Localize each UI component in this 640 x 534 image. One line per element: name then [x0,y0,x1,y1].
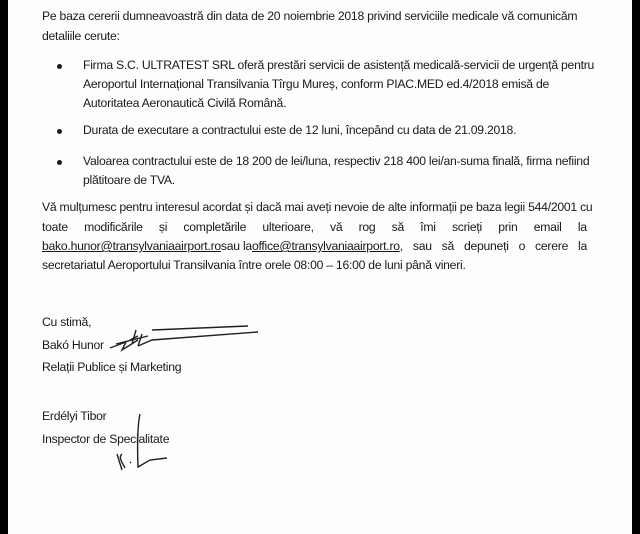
word: cerere [535,239,568,253]
bullet-2-line-1: Durata de executare a contractului este … [83,123,516,137]
bullet-3-line-1: Valoarea contractului este de 18 200 de … [83,154,589,168]
word: scrieți [452,220,482,234]
separator-text: sau la [221,239,252,253]
word: la [578,220,587,234]
signer-1-title: Relații Publice și Marketing [42,360,181,374]
closing-line-3-rest: ,sausădepunețiocererela [400,239,587,253]
word: toate [42,220,68,234]
word: ulterioare, [262,220,313,234]
word: rog [359,220,376,234]
bullet-icon [57,129,62,134]
email-link-bako[interactable]: bako.hunor@transylvaniaairport.ro [42,239,221,253]
word: email [534,220,562,234]
word: îmi [420,220,436,234]
word: la [578,239,587,253]
word: sau [413,239,432,253]
bullet-1-line-3: Autoritatea Aeronautică Civilă Română. [83,96,286,110]
bullet-3-line-2: plătitoare de TVA. [83,173,175,187]
bullet-icon [57,160,62,165]
word: prin [498,220,517,234]
word: completările [183,220,246,234]
word: să [392,220,404,234]
word: , [400,239,403,253]
intro-line-1: Pe baza cererii dumneavoastră din data d… [42,9,577,23]
closing-line-1: Vă mulțumesc pentru interesul acordat și… [42,200,592,214]
intro-line-2: detaliile cerute: [42,29,120,43]
handwritten-signature-2 [92,412,182,472]
word: depuneți [464,239,509,253]
word: să [442,239,454,253]
word: și [159,220,167,234]
closing-line-2: toatemodificărileșicompletărileulterioar… [42,220,587,234]
word: o [519,239,526,253]
bullet-1-line-2: Aeroportul Internațional Transilvania Tî… [83,77,549,91]
bullet-icon [57,64,62,69]
handwritten-signature-1 [108,322,238,352]
greeting: Cu stimă, [42,315,91,329]
closing-line-3: bako.hunor@transylvaniaairport.ro sau la… [42,239,587,253]
signer-1-name: Bakó Hunor [42,338,104,352]
bullet-1-line-1: Firma S.C. ULTRATEST SRL oferă prestări … [83,58,594,72]
closing-line-4: secretariatul Aeroportului Transilvania … [42,258,466,272]
word: modificările [84,220,143,234]
word: vă [330,220,342,234]
email-link-office[interactable]: office@transylvaniaairport.ro [252,239,400,253]
